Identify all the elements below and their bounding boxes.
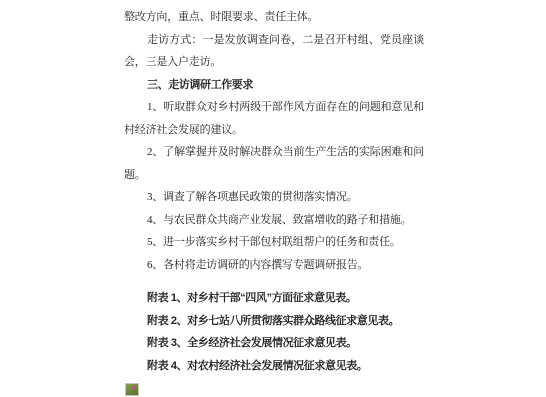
paragraph-continuation: 整改方向，重点、时限要求、责任主体。 [124, 6, 424, 29]
attachment-list: 附表 1、对乡村干部“四风”方面征求意见表。 附表 2、对乡七站八所贯彻落实群众… [124, 287, 424, 377]
attachment-item-2: 附表 2、对乡七站八所贯彻落实群众路线征求意见表。 [124, 310, 424, 333]
document-page: 整改方向，重点、时限要求、责任主体。 走访方式：一是发放调查问卷，二是召开村组、… [0, 0, 546, 397]
attachment-item-4: 附表 4、对农村经济社会发展情况征求意见表。 [124, 355, 424, 378]
requirement-item-1: 1、听取群众对乡村两级干部作风方面存在的问题和意见和村经济社会发展的建议。 [124, 96, 424, 141]
requirement-item-5: 5、进一步落实乡村干部包村联组帮户的任务和责任。 [124, 231, 424, 254]
attachment-item-3: 附表 3、全乡经济社会发展情况征求意见表。 [124, 332, 424, 355]
embedded-thumbnail-image [125, 383, 139, 396]
requirement-item-2: 2、了解掌握并及时解决群众当前生产生活的实际困难和问题。 [124, 141, 424, 186]
requirement-item-3: 3、调查了解各项惠民政策的贯彻落实情况。 [124, 186, 424, 209]
requirement-item-6: 6、各村将走访调研的内容撰写专题调研报告。 [124, 254, 424, 277]
attachment-item-1: 附表 1、对乡村干部“四风”方面征求意见表。 [124, 287, 424, 310]
section-heading: 三、走访调研工作要求 [124, 74, 424, 97]
document-content: 整改方向，重点、时限要求、责任主体。 走访方式：一是发放调查问卷，二是召开村组、… [124, 6, 424, 396]
requirement-item-4: 4、与农民群众共商产业发展、致富增收的路子和措施。 [124, 209, 424, 232]
paragraph-visit-method: 走访方式：一是发放调查问卷，二是召开村组、党员座谈会，三是入户走访。 [124, 29, 424, 74]
